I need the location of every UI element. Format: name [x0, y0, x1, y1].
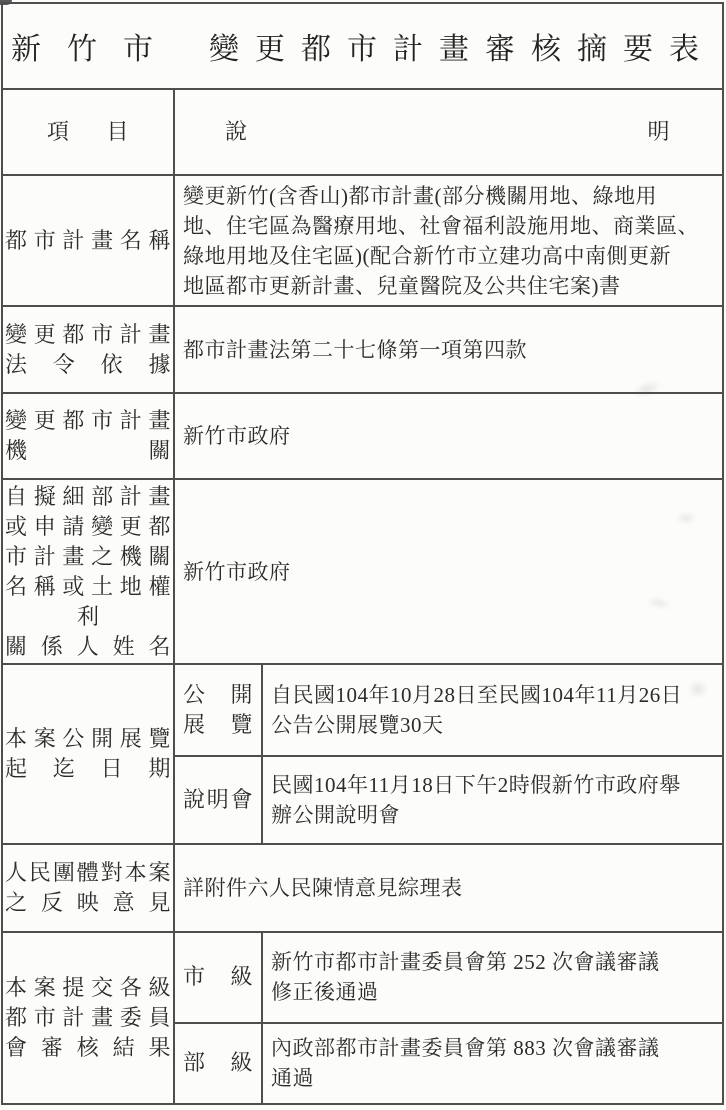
- plan-name-label: 都市計畫名稱: [5, 226, 171, 256]
- ministry-level-sublabel-cell: 部級: [175, 1024, 263, 1103]
- ministry-level-value-cell: 內政部都市計畫委員會第 883 次會議審議 通過: [263, 1024, 722, 1103]
- applicant-value: 新竹市政府: [183, 557, 712, 587]
- review-results-label-cell: 本案提交各級 都市計畫委員 會審核結果: [3, 933, 175, 1103]
- plan-authority-value-cell: 新竹市政府: [175, 394, 722, 478]
- public-opinions-value-cell: 詳附件六人民陳情意見綜理表: [175, 845, 722, 931]
- title-subject: 變更都市計畫審核摘要表: [209, 24, 715, 68]
- subrow-city-level: 市級 新竹市都市計畫委員會第 252 次會議審議 修正後通過: [175, 933, 722, 1022]
- briefing-value-cell: 民國104年11月18日下午2時假新竹市政府舉 辦公開說明會: [263, 757, 722, 843]
- legal-basis-label-cell: 變更都市計畫 法令依據: [3, 307, 175, 392]
- row-public-exhibition: 本案公開展覽 起迄日期 公開 展覽 自民國104年10月28日至民國104年11…: [3, 663, 722, 843]
- briefing-value: 民國104年11月18日下午2時假新竹市政府舉 辦公開說明會: [271, 770, 712, 830]
- public-exhibition-label: 本案公開展覽 起迄日期: [5, 724, 171, 784]
- plan-authority-value: 新竹市政府: [183, 421, 712, 451]
- header-item-label: 項目: [5, 117, 171, 147]
- city-level-value: 新竹市都市計畫委員會第 252 次會議審議 修正後通過: [271, 947, 712, 1007]
- legal-basis-value-cell: 都市計畫法第二十七條第一項第四款: [175, 307, 722, 392]
- briefing-sublabel: 說明會: [183, 785, 253, 815]
- row-review-results: 本案提交各級 都市計畫委員 會審核結果 市級 新竹市都市計畫委員會第 252 次…: [3, 931, 722, 1103]
- scanned-document-page: 新竹市 變更都市計畫審核摘要表 項目 說明 都市計畫名稱 變更新竹(含香山)都市…: [0, 0, 726, 1110]
- legal-basis-label: 變更都市計畫 法令依據: [5, 320, 171, 380]
- exhibition-value-cell: 自民國104年10月28日至民國104年11月26日 公告公開展覽30天: [263, 665, 722, 755]
- city-level-sublabel-cell: 市級: [175, 933, 263, 1022]
- subrow-ministry-level: 部級 內政部都市計畫委員會第 883 次會議審議 通過: [175, 1022, 722, 1103]
- summary-table: 新竹市 變更都市計畫審核摘要表 項目 說明 都市計畫名稱 變更新竹(含香山)都市…: [1, 2, 724, 1105]
- briefing-sublabel-cell: 說明會: [175, 757, 263, 843]
- city-level-value-cell: 新竹市都市計畫委員會第 252 次會議審議 修正後通過: [263, 933, 722, 1022]
- subrow-briefing: 說明會 民國104年11月18日下午2時假新竹市政府舉 辦公開說明會: [175, 755, 722, 843]
- public-opinions-label: 人民團體對本案 之反映意見: [5, 858, 171, 918]
- ministry-level-sublabel: 部級: [183, 1048, 253, 1078]
- public-opinions-label-cell: 人民團體對本案 之反映意見: [3, 845, 175, 931]
- public-exhibition-subrows: 公開 展覽 自民國104年10月28日至民國104年11月26日 公告公開展覽3…: [175, 665, 722, 843]
- applicant-label-cell: 自擬細部計畫 或申請變更都 市計畫之機關 名稱或土地權 利 關係人姓名: [3, 480, 175, 663]
- row-plan-name: 都市計畫名稱 變更新竹(含香山)都市計畫(部分機關用地、綠地用 地、住宅區為醫療…: [3, 174, 722, 305]
- ministry-level-value: 內政部都市計畫委員會第 883 次會議審議 通過: [271, 1033, 712, 1093]
- plan-name-value: 變更新竹(含香山)都市計畫(部分機關用地、綠地用 地、住宅區為醫療用地、社會福利…: [183, 181, 712, 301]
- review-results-subrows: 市級 新竹市都市計畫委員會第 252 次會議審議 修正後通過 部級 內政部都市計…: [175, 933, 722, 1103]
- row-plan-authority: 變更都市計畫 機關 新竹市政府: [3, 392, 722, 478]
- legal-basis-value: 都市計畫法第二十七條第一項第四款: [183, 335, 712, 365]
- header-description-cell: 說明: [175, 90, 722, 174]
- plan-name-value-cell: 變更新竹(含香山)都市計畫(部分機關用地、綠地用 地、住宅區為醫療用地、社會福利…: [175, 176, 722, 305]
- exhibition-sublabel-cell: 公開 展覽: [175, 665, 263, 755]
- table-title-row: 新竹市 變更都市計畫審核摘要表: [3, 4, 722, 88]
- public-opinions-value: 詳附件六人民陳情意見綜理表: [183, 873, 712, 903]
- exhibition-value: 自民國104年10月28日至民國104年11月26日 公告公開展覽30天: [271, 680, 712, 740]
- applicant-value-cell: 新竹市政府: [175, 480, 722, 663]
- subrow-exhibition: 公開 展覽 自民國104年10月28日至民國104年11月26日 公告公開展覽3…: [175, 665, 722, 755]
- exhibition-sublabel: 公開 展覽: [183, 680, 253, 740]
- title-city: 新竹市: [11, 24, 179, 68]
- plan-name-label-cell: 都市計畫名稱: [3, 176, 175, 305]
- header-item-cell: 項目: [3, 90, 175, 174]
- applicant-label-bottom: 關係人姓名: [5, 632, 171, 662]
- applicant-label-mid: 利: [5, 602, 171, 632]
- header-description-label: 說明: [183, 117, 712, 147]
- row-legal-basis: 變更都市計畫 法令依據 都市計畫法第二十七條第一項第四款: [3, 305, 722, 392]
- applicant-label-top: 自擬細部計畫 或申請變更都 市計畫之機關 名稱或土地權: [5, 482, 171, 602]
- table-header-row: 項目 說明: [3, 88, 722, 174]
- public-exhibition-label-cell: 本案公開展覽 起迄日期: [3, 665, 175, 843]
- city-level-sublabel: 市級: [183, 962, 253, 992]
- plan-authority-label: 變更都市計畫 機關: [5, 406, 171, 466]
- review-results-label: 本案提交各級 都市計畫委員 會審核結果: [5, 973, 171, 1063]
- plan-authority-label-cell: 變更都市計畫 機關: [3, 394, 175, 478]
- row-applicant: 自擬細部計畫 或申請變更都 市計畫之機關 名稱或土地權 利 關係人姓名 新竹市政…: [3, 478, 722, 663]
- row-public-opinions: 人民團體對本案 之反映意見 詳附件六人民陳情意見綜理表: [3, 843, 722, 931]
